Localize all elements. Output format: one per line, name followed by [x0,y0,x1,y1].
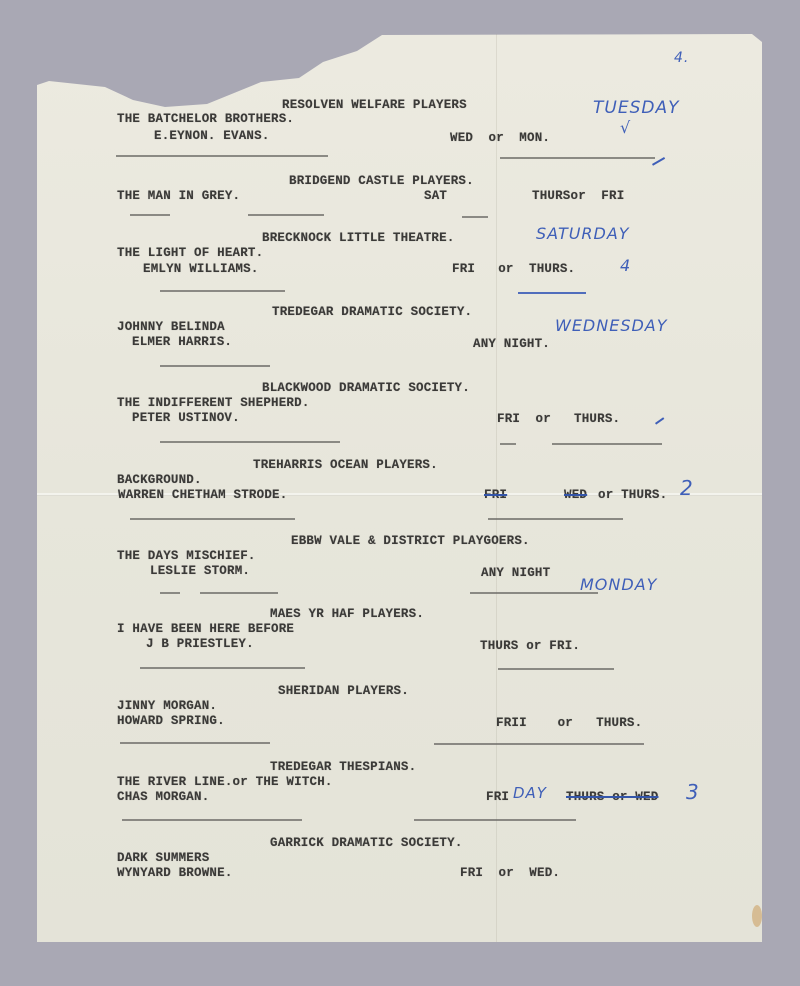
society-name: BRIDGEND CASTLE PLAYERS. [289,174,474,188]
divider [160,365,270,367]
handwritten-checkmark: √ [620,118,631,137]
struck-night: FRI [484,488,507,502]
handwritten-rank: 4 [620,256,631,275]
preferred-nights: ANY NIGHT [481,566,550,580]
play-title: THE RIVER LINE.or THE WITCH. [117,775,333,789]
struck-night: WED [564,488,587,502]
preferred-nights: THURS or FRI. [480,639,580,653]
handwritten-day: SATURDAY [536,224,630,243]
divider [498,668,614,670]
page-number: 4. [674,50,689,66]
divider [552,443,662,445]
play-author: LESLIE STORM. [150,564,250,578]
preferred-nights: WED or MON. [450,131,550,145]
divider [200,592,278,594]
play-author: WYNYARD BROWNE. [117,866,233,880]
divider [120,742,270,744]
divider [130,214,170,216]
preferred-nights: FRI or WED. [460,866,560,880]
divider [434,743,644,745]
play-title: DARK SUMMERS [117,851,209,865]
play-author: PETER USTINOV. [132,411,240,425]
society-name: RESOLVEN WELFARE PLAYERS [282,98,467,112]
society-name: GARRICK DRAMATIC SOCIETY. [270,836,463,850]
play-title: THE MAN IN GREY. [117,189,240,203]
preferred-nights: THURSor FRI [532,189,624,203]
play-title: THE DAYS MISCHIEF. [117,549,256,563]
play-author: HOWARD SPRING. [117,714,225,728]
play-title: JINNY MORGAN. [117,699,217,713]
play-title: THE LIGHT OF HEART. [117,246,263,260]
handwritten-rank: 2 [680,476,694,500]
handwritten-day: TUESDAY [593,98,679,118]
play-author: J B PRIESTLEY. [146,637,254,651]
society-name: BLACKWOOD DRAMATIC SOCIETY. [262,381,470,395]
preferred-nights: FRI or THURS. [497,412,620,426]
divider [160,441,340,443]
divider [122,819,302,821]
preferred-nights: SAT [424,189,447,203]
play-title: THE BATCHELOR BROTHERS. [117,112,294,126]
divider [116,155,328,157]
play-author: E.EYNON. EVANS. [154,129,270,143]
preferred-nights: or THURS. [598,488,667,502]
handwritten-rank: 3 [686,780,700,804]
play-author: CHAS MORGAN. [117,790,209,804]
divider [160,290,285,292]
preferred-nights: FRI or THURS. [452,262,575,276]
divider [130,518,295,520]
society-name: SHERIDAN PLAYERS. [278,684,409,698]
divider [488,518,623,520]
divider [160,592,180,594]
play-title: BACKGROUND. [117,473,202,487]
play-author: WARREN CHETHAM STRODE. [118,488,287,502]
divider [248,214,324,216]
play-title: I HAVE BEEN HERE BEFORE [117,622,294,636]
society-name: BRECKNOCK LITTLE THEATRE. [262,231,455,245]
society-name: TREDEGAR THESPIANS. [270,760,416,774]
divider [462,216,488,218]
handwritten-day: WEDNESDAY [555,316,668,335]
handwritten-underline [518,292,586,294]
divider [470,592,598,594]
play-title: THE INDIFFERENT SHEPHERD. [117,396,310,410]
society-name: TREHARRIS OCEAN PLAYERS. [253,458,438,472]
play-author: ELMER HARRIS. [132,335,232,349]
preferred-nights: FRI [486,790,509,804]
handwritten-day-suffix: DAY [513,784,547,802]
play-title: JOHNNY BELINDA [117,320,225,334]
preferred-nights: FRII or THURS. [496,716,642,730]
divider [500,443,516,445]
divider [500,157,655,159]
struck-nights: THURS or WED [566,790,658,804]
society-name: TREDEGAR DRAMATIC SOCIETY. [272,305,472,319]
divider [414,819,576,821]
preferred-nights: ANY NIGHT. [473,337,550,351]
society-name: EBBW VALE & DISTRICT PLAYGOERS. [291,534,530,548]
divider [140,667,305,669]
society-name: MAES YR HAF PLAYERS. [270,607,424,621]
paper-stain [752,905,762,927]
play-author: EMLYN WILLIAMS. [143,262,259,276]
